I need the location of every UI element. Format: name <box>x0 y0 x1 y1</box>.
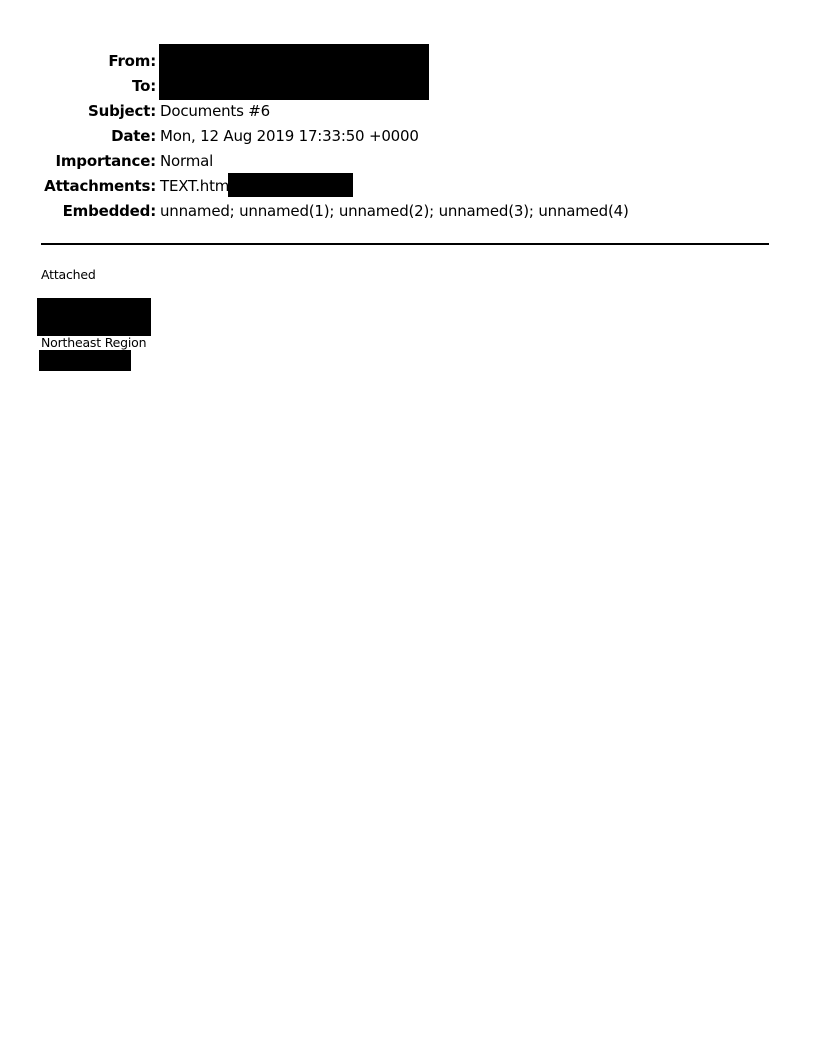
signature-name-redaction <box>37 298 151 336</box>
importance-label: Importance: <box>56 152 157 170</box>
body-intro: Attached <box>41 267 96 282</box>
embedded-value: unnamed; unnamed(1); unnamed(2); unnamed… <box>160 202 629 220</box>
date-value: Mon, 12 Aug 2019 17:33:50 +0000 <box>160 127 419 145</box>
subject-label: Subject: <box>88 102 156 120</box>
attachments-label: Attachments: <box>44 177 156 195</box>
header-divider <box>41 243 769 245</box>
attachment-text-htm[interactable]: TEXT.htm; <box>160 177 234 195</box>
subject-value: Documents #6 <box>160 102 270 120</box>
from-label: From: <box>108 52 156 70</box>
date-label: Date: <box>111 127 156 145</box>
signature-region: Northeast Region <box>41 335 146 350</box>
from-to-redaction <box>159 44 429 100</box>
signature-extra-redaction <box>39 350 131 371</box>
to-label: To: <box>132 77 156 95</box>
embedded-label: Embedded: <box>63 202 156 220</box>
attachment-redaction <box>228 173 353 197</box>
importance-value: Normal <box>160 152 213 170</box>
